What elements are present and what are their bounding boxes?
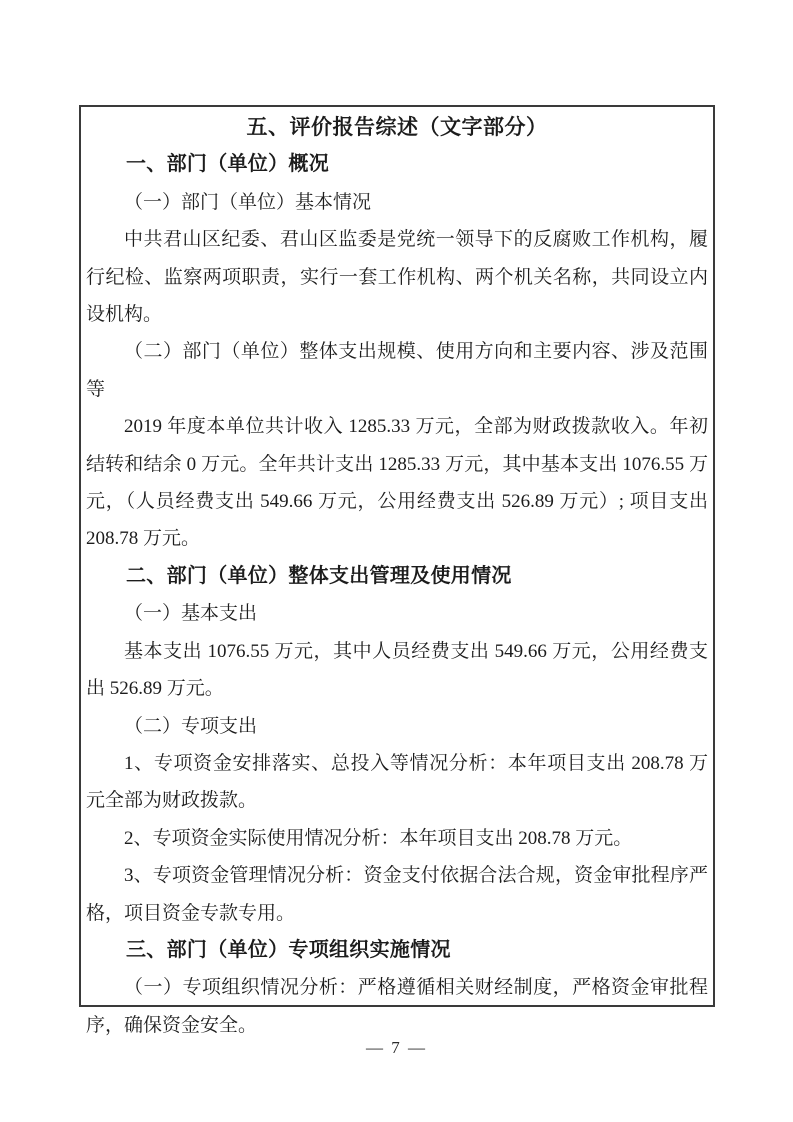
heading-expenditure-management: 二、部门（单位）整体支出管理及使用情况 — [86, 558, 708, 595]
page-number: — 7 — — [0, 1038, 793, 1058]
subheading-basic-info: （一）部门（单位）基本情况 — [86, 184, 708, 221]
subheading-special-expenditure: （二）专项支出 — [86, 708, 708, 745]
paragraph-special-funds-management: 3、专项资金管理情况分析：资金支付依据合法合规，资金审批程序严格，项目资金专款专… — [86, 857, 708, 932]
report-text-box: 五、评价报告综述（文字部分） 一、部门（单位）概况 （一）部门（单位）基本情况 … — [79, 105, 715, 1007]
paragraph-basic-expenditure: 基本支出 1076.55 万元，其中人员经费支出 549.66 万元，公用经费支… — [86, 633, 708, 708]
heading-dept-overview: 一、部门（单位）概况 — [86, 146, 708, 183]
paragraph-special-org-analysis: （一）专项组织情况分析：严格遵循相关财经制度，严格资金审批程序，确保资金安全。 — [86, 969, 708, 1044]
paragraph-special-funds-arrangement: 1、专项资金安排落实、总投入等情况分析：本年项目支出 208.78 万元全部为财… — [86, 745, 708, 820]
subheading-basic-expenditure: （一）基本支出 — [86, 595, 708, 632]
paragraph-overall-expenditure: 2019 年度本单位共计收入 1285.33 万元，全部为财政拨款收入。年初结转… — [86, 408, 708, 558]
report-section-title: 五、评价报告综述（文字部分） — [86, 109, 708, 146]
paragraph-special-funds-usage: 2、专项资金实际使用情况分析：本年项目支出 208.78 万元。 — [86, 820, 708, 857]
document-page: 五、评价报告综述（文字部分） 一、部门（单位）概况 （一）部门（单位）基本情况 … — [0, 0, 793, 1122]
subheading-overall-expenditure: （二）部门（单位）整体支出规模、使用方向和主要内容、涉及范围等 — [86, 333, 708, 408]
paragraph-basic-info: 中共君山区纪委、君山区监委是党统一领导下的反腐败工作机构，履行纪检、监察两项职责… — [86, 221, 708, 333]
heading-special-org-implementation: 三、部门（单位）专项组织实施情况 — [86, 932, 708, 969]
